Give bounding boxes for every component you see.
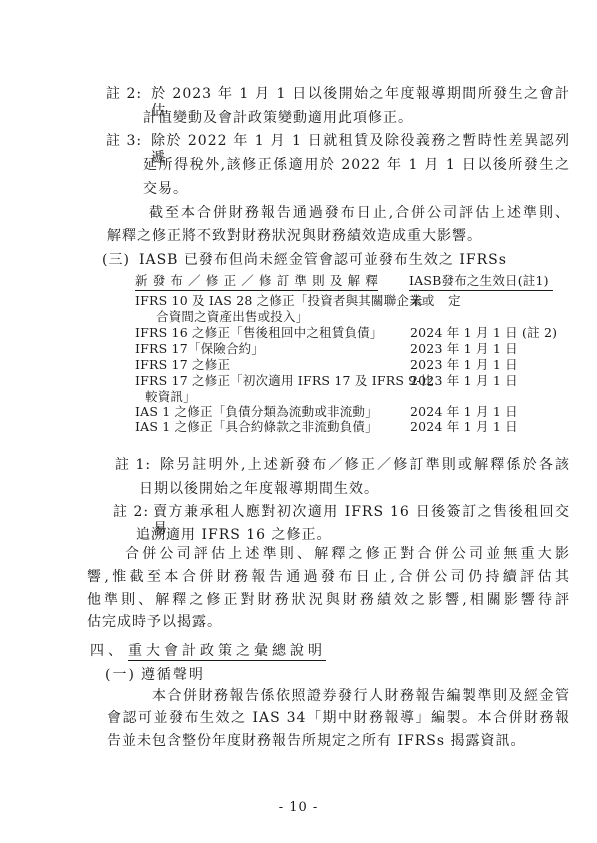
table-row-name-wrap: 較資訊」	[145, 389, 196, 404]
note-2-top-label: 註 2:	[106, 86, 142, 120]
para-compliance-line-3: 告並未包含整份年度財務報告所規定之所有 IFRSs 揭露資訊。	[107, 733, 525, 750]
table-row-date: 2023 年 1 月 1 日	[410, 341, 518, 356]
table-row-date: 2023 年 1 月 1 日	[410, 357, 518, 372]
table-row-name: IFRS 10 及 IAS 28 之修正「投資者與其關聯企業或	[135, 293, 435, 308]
section-4-title: 重大會計政策之彙總說明	[128, 643, 326, 661]
section-4-1-marker: (一)	[105, 667, 136, 684]
table-row-date: 未 定	[410, 293, 461, 308]
table-row-date: 2023 年 1 月 1 日	[410, 373, 518, 388]
table-header-standards: 新發布／修正／修訂準則及解釋	[135, 273, 378, 291]
section-4-marker: 四、	[90, 643, 126, 660]
table-row-date: 2024 年 1 月 1 日 (註 2)	[410, 325, 557, 340]
note-2-top-line-2: 計值變動及會計政策變動適用此項修正。	[143, 110, 413, 127]
document-page: 註 2: 於 2023 年 1 月 1 日以後開始之年度報導期間所發生之會計估 …	[0, 0, 597, 843]
note-3-top-line-3: 交易。	[143, 181, 188, 198]
para-assessment-line-1: 截至本合併財務報告通過發布日止,合併公司評估上述準則、	[149, 205, 570, 222]
section-4-1-title: 遵循聲明	[141, 667, 570, 684]
table-row-name: IFRS 17 之修正「初次適用 IFRS 17 及 IFRS 9-比	[135, 373, 434, 388]
section-4-heading: 四、 重大會計政策之彙總說明	[90, 643, 570, 660]
para-impact-line-3: 他準則、解釋之修正對財務狀況與財務績效之影響,相關影響待評	[87, 592, 570, 609]
note-1-bottom-line-2: 日期以後開始之年度報導期間生效。	[139, 481, 379, 498]
table-row-name: IAS 1 之修正「負債分類為流動或非流動」	[135, 404, 378, 419]
para-impact-line-4: 估完成時予以揭露。	[87, 614, 222, 631]
para-assessment-line-2: 解釋之修正將不致對財務狀況與財務績效造成重大影響。	[107, 228, 482, 245]
page-number: - 10 -	[0, 800, 597, 815]
note-1-bottom-line-1: 註 1: 除另註明外,上述新發布／修正／修訂準則或解釋係於各該	[115, 457, 570, 474]
section-3-marker: (三)	[102, 252, 130, 269]
table-row-date: 2024 年 1 月 1 日	[410, 404, 518, 419]
table-header-effective-date: IASB發布之生效日(註1)	[409, 273, 553, 291]
section-4-1-heading: (一) 遵循聲明	[105, 667, 570, 684]
note-3-top-line-2: 延所得稅外,該修正係適用於 2022 年 1 月 1 日以後所發生之	[143, 157, 570, 174]
table-row-name: IFRS 16 之修正「售後租回中之租賃負債」	[135, 325, 383, 340]
note-2-bottom-line-2: 追溯適用 IFRS 16 之修正。	[136, 527, 332, 544]
para-impact-line-2: 響,惟截至本合併財務報告通過發布日止,合併公司仍持續評估其	[87, 569, 570, 586]
note-1-bottom-text: 除另註明外,上述新發布／修正／修訂準則或解釋係於各該	[160, 457, 570, 474]
section-3-heading: (三) IASB 已發布但尚未經金管會認可並發布生效之 IFRSs	[102, 252, 572, 269]
para-compliance-line-1: 本合併財務報告係依照證券發行人財務報告編製準則及經金管	[152, 688, 570, 705]
table-row-name: IAS 1 之修正「具合約條款之非流動負債」	[135, 419, 378, 434]
note-1-bottom-label: 註 1:	[115, 457, 151, 474]
para-compliance-line-2: 會認可並發布生效之 IAS 34「期中財務報導」編製。本合併財務報	[107, 710, 570, 727]
table-row-date: 2024 年 1 月 1 日	[410, 419, 518, 434]
note-3-top-label: 註 3:	[106, 133, 142, 167]
para-impact-line-1: 合併公司評估上述準則、解釋之修正對合併公司並無重大影	[125, 546, 570, 563]
table-row-name: IFRS 17「保險合約」	[135, 341, 264, 356]
table-row-name: IFRS 17 之修正	[135, 357, 230, 372]
table-row-name-wrap: 合資間之資產出售或投入」	[156, 309, 308, 324]
section-3-title: IASB 已發布但尚未經金管會認可並發布生效之 IFRSs	[139, 252, 572, 269]
